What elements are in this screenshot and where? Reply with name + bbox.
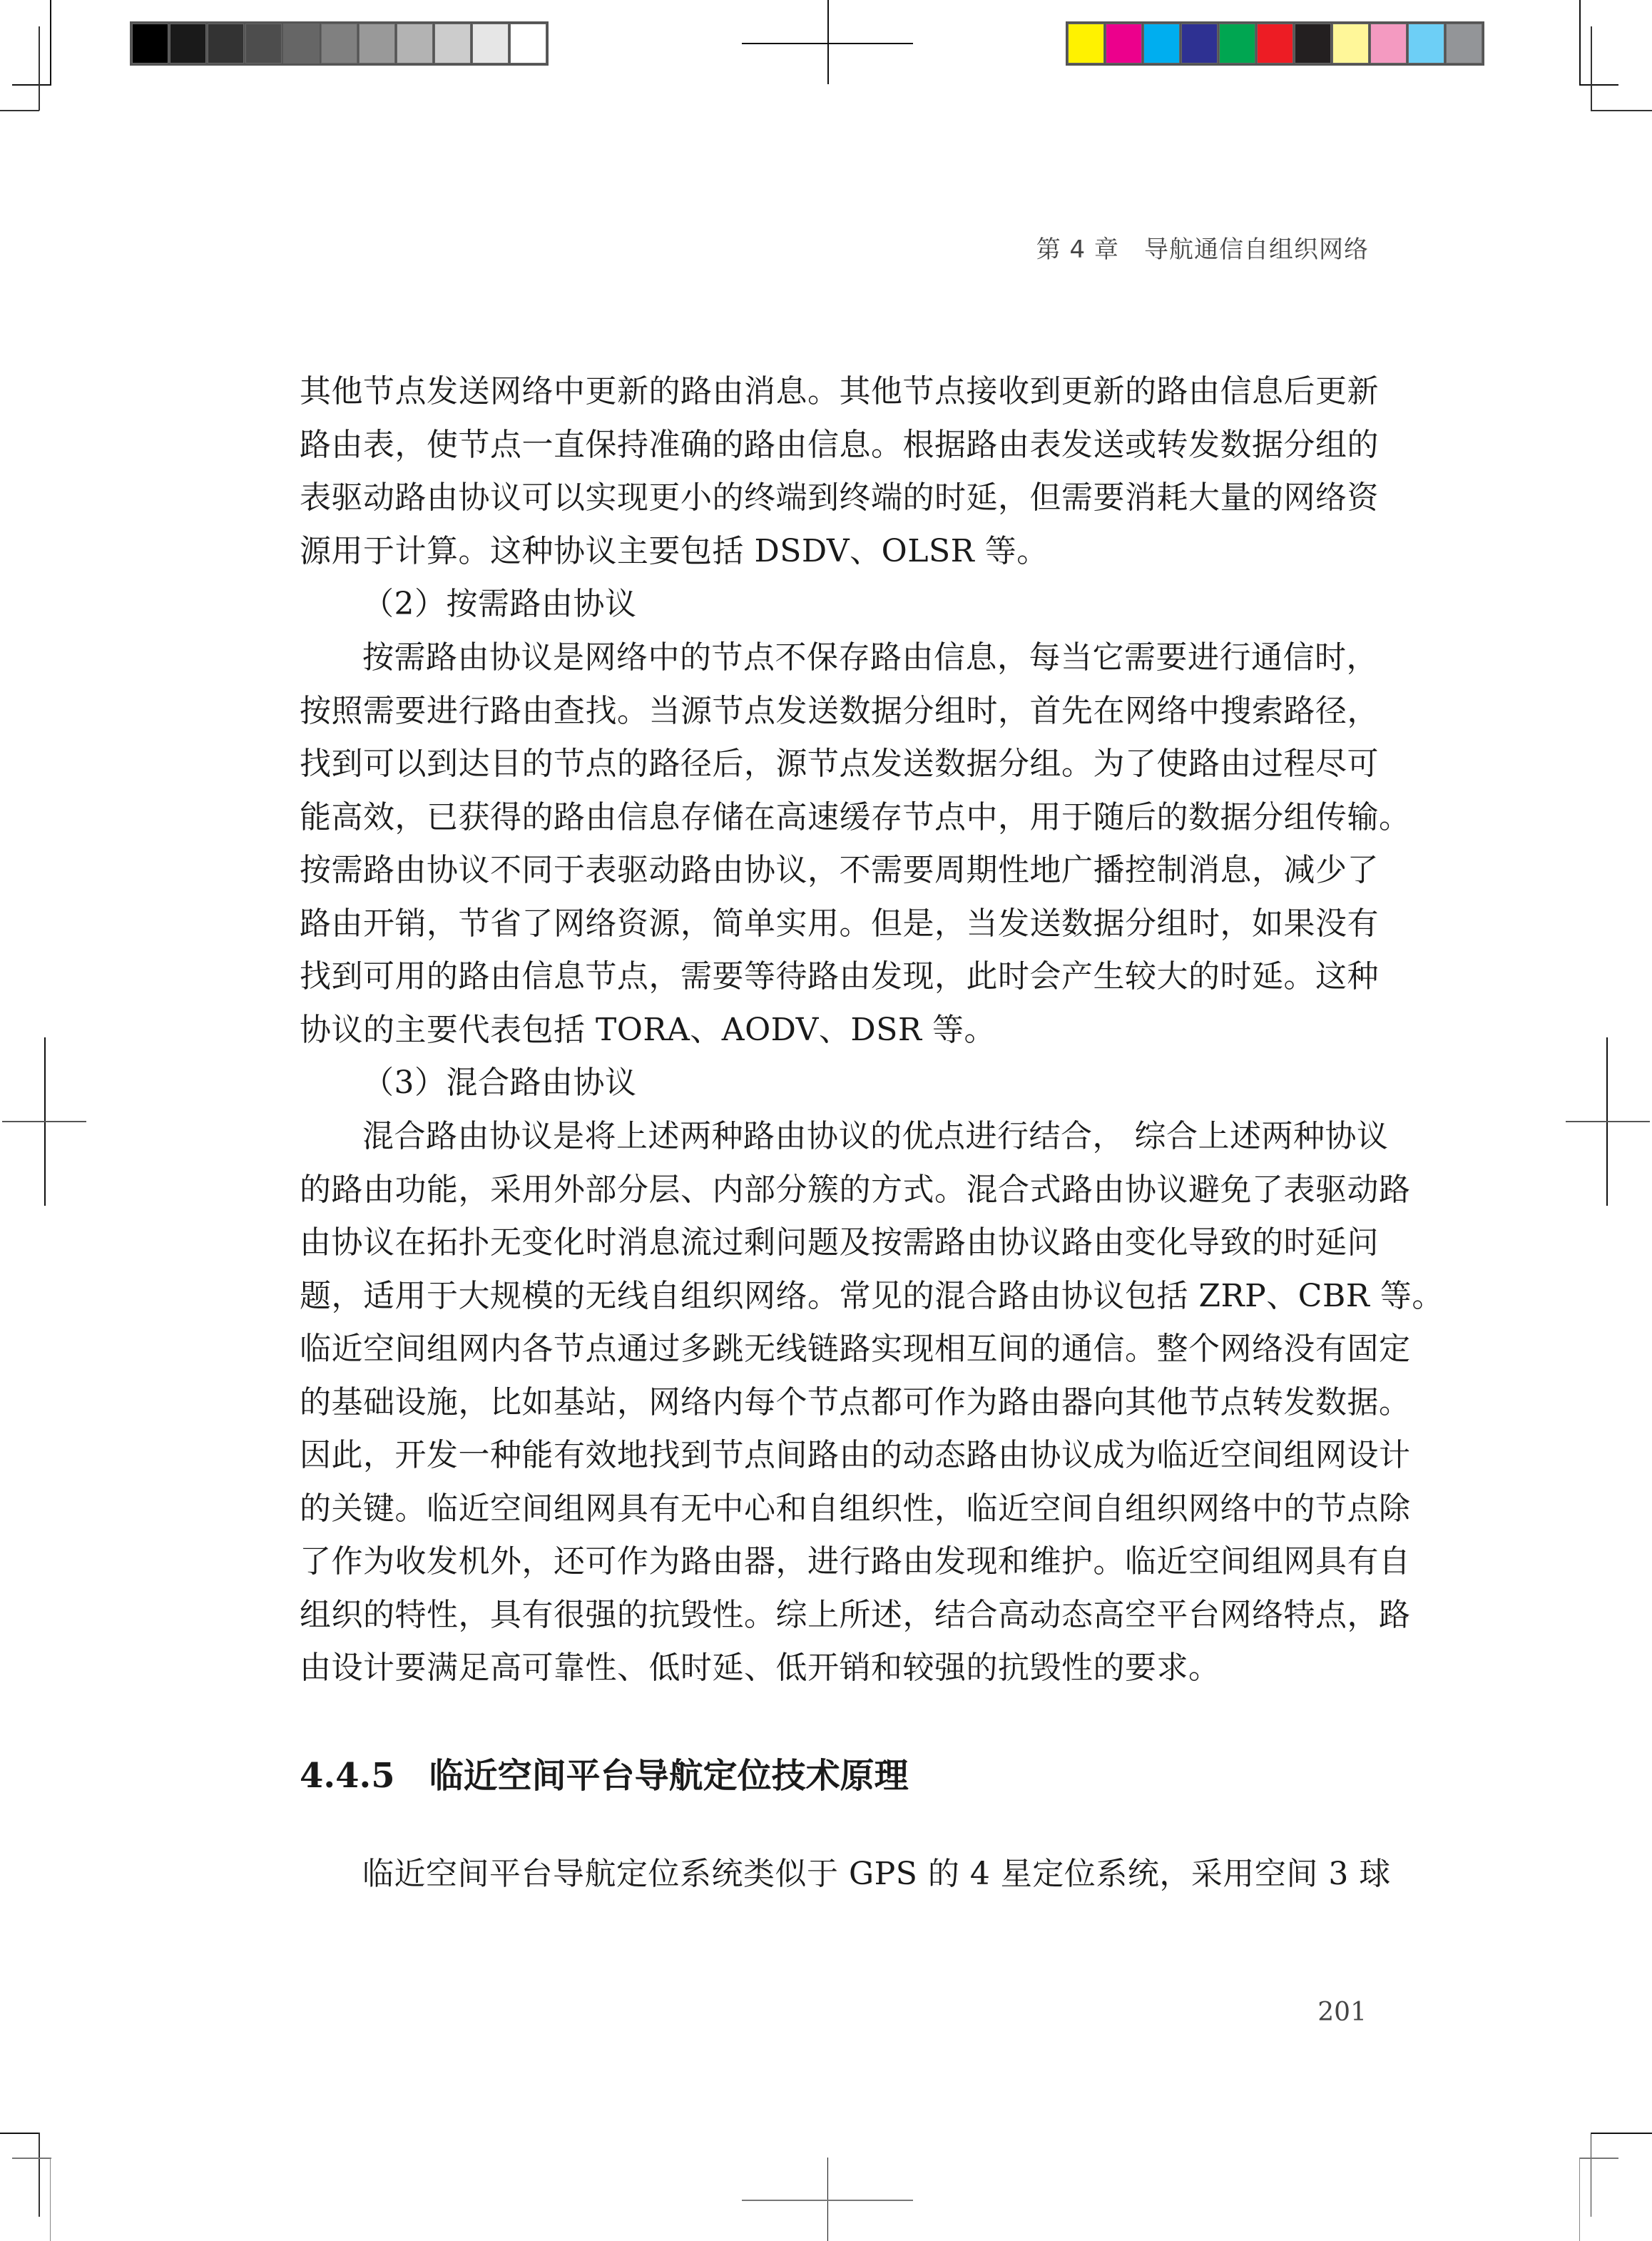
- text-line: 了作为收发机外，还可作为路由器，进行路由发现和维护。临近空间组网具有自: [300, 1535, 1370, 1589]
- grayscale-swatch: [245, 24, 282, 63]
- text-line: 其他节点发送网络中更新的路由消息。其他节点接收到更新的路由信息后更新: [300, 365, 1370, 419]
- grayscale-swatch: [397, 24, 433, 63]
- text-line: 由协议在拓扑无变化时消息流过剩问题及按需路由协议路由变化导致的时延问: [300, 1216, 1370, 1270]
- color-swatch: [1257, 24, 1293, 63]
- color-swatch: [1106, 24, 1142, 63]
- text-line: 路由开销，节省了网络资源，简单实用。但是，当发送数据分组时，如果没有: [300, 898, 1370, 951]
- color-swatch: [1332, 24, 1369, 63]
- text-line: 的路由功能，采用外部分层、内部分簇的方式。混合式路由协议避免了表驱动路: [300, 1164, 1370, 1217]
- grayscale-swatch: [321, 24, 357, 63]
- color-swatch: [1219, 24, 1255, 63]
- section-heading: 4.4.5 临近空间平台导航定位技术原理: [300, 1748, 909, 1797]
- grayscale-calibration-bar: [130, 21, 549, 66]
- text-line: 临近空间平台导航定位系统类似于 GPS 的 4 星定位系统，采用空间 3 球: [300, 1848, 1370, 1901]
- text-line: 的基础设施，比如基站，网络内每个节点都可作为路由器向其他节点转发数据。: [300, 1376, 1370, 1430]
- subheading-on-demand-routing: （2）按需路由协议: [300, 578, 1370, 631]
- grayscale-swatch: [434, 24, 471, 63]
- subheading-hybrid-routing: （3）混合路由协议: [300, 1057, 1370, 1110]
- text-line: 按需路由协议不同于表驱动路由协议，不需要周期性地广播控制消息，减少了: [300, 844, 1370, 898]
- text-line: 源用于计算。这种协议主要包括 DSDV、OLSR 等。: [300, 525, 1370, 579]
- color-swatch: [1181, 24, 1218, 63]
- paragraph-navigation-positioning: 临近空间平台导航定位系统类似于 GPS 的 4 星定位系统，采用空间 3 球: [300, 1848, 1370, 1901]
- grayscale-swatch: [208, 24, 244, 63]
- color-swatch: [1068, 24, 1104, 63]
- grayscale-swatch: [170, 24, 206, 63]
- paragraph-on-demand-routing: 按需路由协议是网络中的节点不保存路由信息，每当它需要进行通信时，按照需要进行路由…: [300, 631, 1370, 1057]
- text-line: 混合路由协议是将上述两种路由协议的优点进行结合， 综合上述两种协议: [300, 1110, 1370, 1164]
- color-calibration-bar: [1066, 21, 1484, 66]
- text-line: 题，适用于大规模的无线自组织网络。常见的混合路由协议包括 ZRP、CBR 等。: [300, 1270, 1370, 1323]
- grayscale-swatch: [472, 24, 509, 63]
- paragraph-hybrid-routing: 混合路由协议是将上述两种路由协议的优点进行结合， 综合上述两种协议的路由功能，采…: [300, 1110, 1370, 1695]
- text-line: 的关键。临近空间组网具有无中心和自组织性，临近空间自组织网络中的节点除: [300, 1483, 1370, 1536]
- grayscale-swatch: [132, 24, 168, 63]
- color-swatch: [1446, 24, 1482, 63]
- text-line: 由设计要满足高可靠性、低时延、低开销和较强的抗毁性的要求。: [300, 1642, 1370, 1695]
- text-line: 因此，开发一种能有效地找到节点间路由的动态路由协议成为临近空间组网设计: [300, 1429, 1370, 1483]
- text-line: 协议的主要代表包括 TORA、AODV、DSR 等。: [300, 1004, 1370, 1057]
- text-line: 临近空间组网内各节点通过多跳无线链路实现相互间的通信。整个网络没有固定: [300, 1323, 1370, 1376]
- color-swatch: [1408, 24, 1444, 63]
- text-line: 路由表，使节点一直保持准确的路由信息。根据路由表发送或转发数据分组的: [300, 419, 1370, 472]
- paragraph-table-driven-routing: 其他节点发送网络中更新的路由消息。其他节点接收到更新的路由信息后更新路由表，使节…: [300, 365, 1370, 578]
- grayscale-swatch: [510, 24, 546, 63]
- text-line: 按照需要进行路由查找。当源节点发送数据分组时，首先在网络中搜索路径，: [300, 685, 1370, 738]
- color-swatch: [1143, 24, 1180, 63]
- text-line: 找到可以到达目的节点的路径后，源节点发送数据分组。为了使路由过程尽可: [300, 738, 1370, 791]
- color-swatch: [1295, 24, 1331, 63]
- text-line: 能高效，已获得的路由信息存储在高速缓存节点中，用于随后的数据分组传输。: [300, 791, 1370, 845]
- grayscale-swatch: [359, 24, 395, 63]
- text-line: 表驱动路由协议可以实现更小的终端到终端的时延，但需要消耗大量的网络资: [300, 472, 1370, 525]
- text-line: 组织的特性，具有很强的抗毁性。综上所述，结合高动态高空平台网络特点，路: [300, 1589, 1370, 1642]
- grayscale-swatch: [283, 24, 320, 63]
- color-swatch: [1370, 24, 1407, 63]
- page-number: 201: [1317, 1998, 1367, 2027]
- running-head: 第 4 章 导航通信自组织网络: [1036, 230, 1369, 265]
- text-line: 按需路由协议是网络中的节点不保存路由信息，每当它需要进行通信时，: [300, 631, 1370, 685]
- text-line: 找到可用的路由信息节点，需要等待路由发现，此时会产生较大的时延。这种: [300, 950, 1370, 1004]
